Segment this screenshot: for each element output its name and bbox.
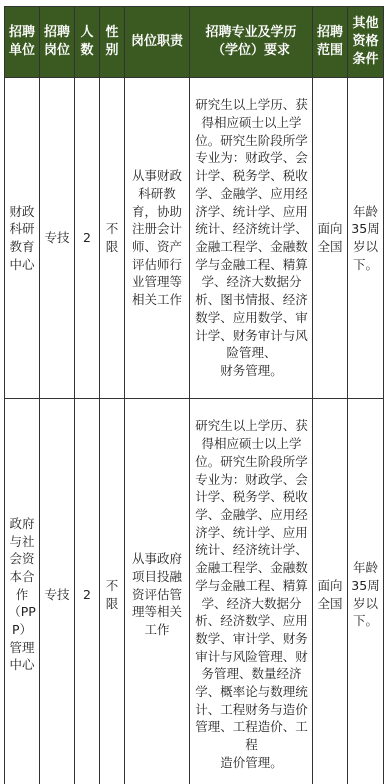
header-duties: 岗位职责 [125,7,190,78]
cell-post: 专技 [40,399,75,784]
header-other: 其他资格条件 [348,7,384,78]
cell-scope: 面向全国 [313,78,348,399]
cell-unit: 政府与社会资本合作（PPP）管理中心 [5,399,40,784]
cell-count: 2 [75,78,100,399]
cell-post: 专技 [40,78,75,399]
cell-scope: 面向全国 [313,399,348,784]
requirements-text-last: 财务管理。 [193,362,310,380]
cell-unit: 财政科研教育中心 [5,78,40,399]
cell-duties: 从事政府项目投融资评估管理等相关工作 [125,399,190,784]
cell-gender: 不限 [100,78,125,399]
cell-other: 年龄35周岁以下。 [348,399,384,784]
header-requirements: 招聘专业及学历（学位）要求 [190,7,313,78]
requirements-text: 研究生以上学历、获得相应硕士以上学位。研究生阶段所学专业为：财政学、会计学、税务… [195,97,308,360]
table-header-row: 招聘单位 招聘岗位 人数 性别 岗位职责 招聘专业及学历（学位）要求 招聘范围 … [5,7,384,78]
cell-count: 2 [75,399,100,784]
table-row: 财政科研教育中心 专技 2 不限 从事财政科研教育，协助注册会计师、资产评估师行… [5,78,384,399]
requirements-text-last: 造价管理。 [193,754,310,772]
requirements-text: 研究生以上学历、获得相应硕士以上学位。研究生阶段所学专业为：财政学、会计学、税务… [195,418,308,752]
header-count: 人数 [75,7,100,78]
cell-duties: 从事财政科研教育，协助注册会计师、资产评估师行业管理等相关工作 [125,78,190,399]
cell-other: 年龄35周岁以下。 [348,78,384,399]
header-unit: 招聘单位 [5,7,40,78]
cell-gender: 不限 [100,399,125,784]
header-gender: 性别 [100,7,125,78]
cell-requirements: 研究生以上学历、获得相应硕士以上学位。研究生阶段所学专业为：财政学、会计学、税务… [190,399,313,784]
header-post: 招聘岗位 [40,7,75,78]
table-row: 政府与社会资本合作（PPP）管理中心 专技 2 不限 从事政府项目投融资评估管理… [5,399,384,784]
header-scope: 招聘范围 [313,7,348,78]
recruitment-table: 招聘单位 招聘岗位 人数 性别 岗位职责 招聘专业及学历（学位）要求 招聘范围 … [4,6,384,784]
cell-requirements: 研究生以上学历、获得相应硕士以上学位。研究生阶段所学专业为：财政学、会计学、税务… [190,78,313,399]
